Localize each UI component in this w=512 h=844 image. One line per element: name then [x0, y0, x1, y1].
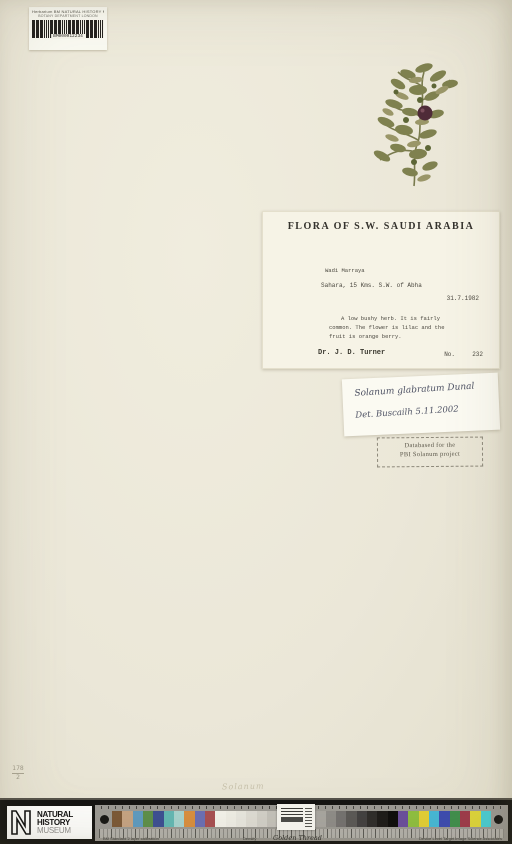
barcode-label-line2: BOTANY DEPARTMENT LONDON — [32, 14, 104, 18]
plant-specimen — [358, 56, 510, 192]
color-patch — [439, 811, 449, 827]
collection-number: 232 — [472, 351, 483, 358]
color-patch — [408, 811, 418, 827]
color-patch — [195, 811, 205, 827]
habit-notes-line3: fruit is orange berry. — [329, 333, 402, 340]
color-patch — [336, 811, 346, 827]
footer-band: NATURAL HISTORY MUSEUM BM Standard 2 lay… — [0, 798, 512, 844]
color-patch — [164, 811, 174, 827]
nhm-n-icon — [10, 809, 34, 836]
target-left-caption: BM Standard 2 layer calibration — [103, 836, 159, 841]
berry-highlight — [421, 109, 425, 113]
color-patch — [326, 811, 336, 827]
pencil-denominator: 2 — [10, 775, 26, 781]
color-patch — [419, 811, 429, 827]
databased-stamp: Databased for the PBI Solanum project — [377, 437, 483, 468]
nhm-word-museum: MUSEUM — [37, 827, 73, 835]
density-label: Density — [243, 836, 256, 841]
target-right-caption: Device Level Target Image Science Associ… — [419, 836, 502, 841]
determination-label: Solanum glabratum Dunal Det. Buscailh 5.… — [342, 373, 500, 437]
color-patch — [429, 811, 439, 827]
color-patch — [481, 811, 491, 827]
color-patch — [267, 811, 277, 827]
nhm-logo: NATURAL HISTORY MUSEUM — [7, 806, 92, 839]
color-patch-row — [97, 810, 506, 828]
collection-number-label: No. — [444, 351, 455, 358]
determiner-and-date: Det. Buscailh 5.11.2002 — [355, 404, 459, 420]
collection-label: FLORA OF S.W. SAUDI ARABIA Wadi Marraya … — [262, 211, 500, 369]
golden-thread-logo: Golden Thread — [273, 834, 322, 842]
locality-region: Wadi Marraya — [325, 267, 365, 274]
color-patch — [460, 811, 470, 827]
color-patch — [236, 811, 246, 827]
color-patch — [470, 811, 480, 827]
color-patch — [153, 811, 163, 827]
color-patch — [133, 811, 143, 827]
barcode-number: BM000912234 — [51, 34, 85, 39]
color-patch — [122, 811, 132, 827]
color-patch — [215, 811, 225, 827]
color-patch — [398, 811, 408, 827]
pencil-annotation: Solanum — [222, 782, 265, 792]
pencil-number: 178 2 — [10, 766, 26, 781]
calibration-target: BM Standard 2 layer calibration Density … — [95, 805, 508, 841]
color-patch — [205, 811, 215, 827]
color-patch — [346, 811, 356, 827]
color-patch — [388, 811, 398, 827]
color-patch — [357, 811, 367, 827]
habit-notes-line2: common. The flower is lilac and the — [329, 324, 445, 331]
resolution-card — [277, 804, 315, 830]
flora-title: FLORA OF S.W. SAUDI ARABIA — [263, 221, 499, 232]
color-patch — [315, 811, 325, 827]
collector-name: Dr. J. D. Turner — [318, 349, 385, 357]
pencil-numerator: 178 — [10, 766, 26, 772]
color-patch — [184, 811, 194, 827]
color-patch — [246, 811, 256, 827]
color-patch — [257, 811, 267, 827]
collection-date: 31.7.1982 — [447, 295, 479, 302]
fiducial-dot-left — [100, 815, 109, 824]
color-patch — [112, 811, 122, 827]
fiducial-dot-right — [494, 815, 503, 824]
herbarium-sheet: Herbarium BM NATURAL HISTORY MUSEUM BOTA… — [0, 0, 512, 844]
resolution-hatch — [305, 807, 312, 827]
barcode-icon: BM000912234 — [32, 20, 104, 38]
color-patch — [226, 811, 236, 827]
nhm-logo-text: NATURAL HISTORY MUSEUM — [37, 811, 73, 835]
color-patch — [143, 811, 153, 827]
locality-detail: Sahara, 15 Kms. S.W. of Abha — [321, 282, 422, 289]
color-patch — [367, 811, 377, 827]
barcode-label: Herbarium BM NATURAL HISTORY MUSEUM BOTA… — [29, 7, 107, 50]
stamp-line2: PBI Solanum project — [378, 450, 482, 460]
habit-notes-line1: A low bushy herb. It is fairly — [341, 315, 440, 322]
color-patch — [377, 811, 387, 827]
determined-species: Solanum glabratum Dunal — [354, 382, 475, 399]
color-patch — [450, 811, 460, 827]
color-patch — [174, 811, 184, 827]
berry — [418, 106, 433, 121]
